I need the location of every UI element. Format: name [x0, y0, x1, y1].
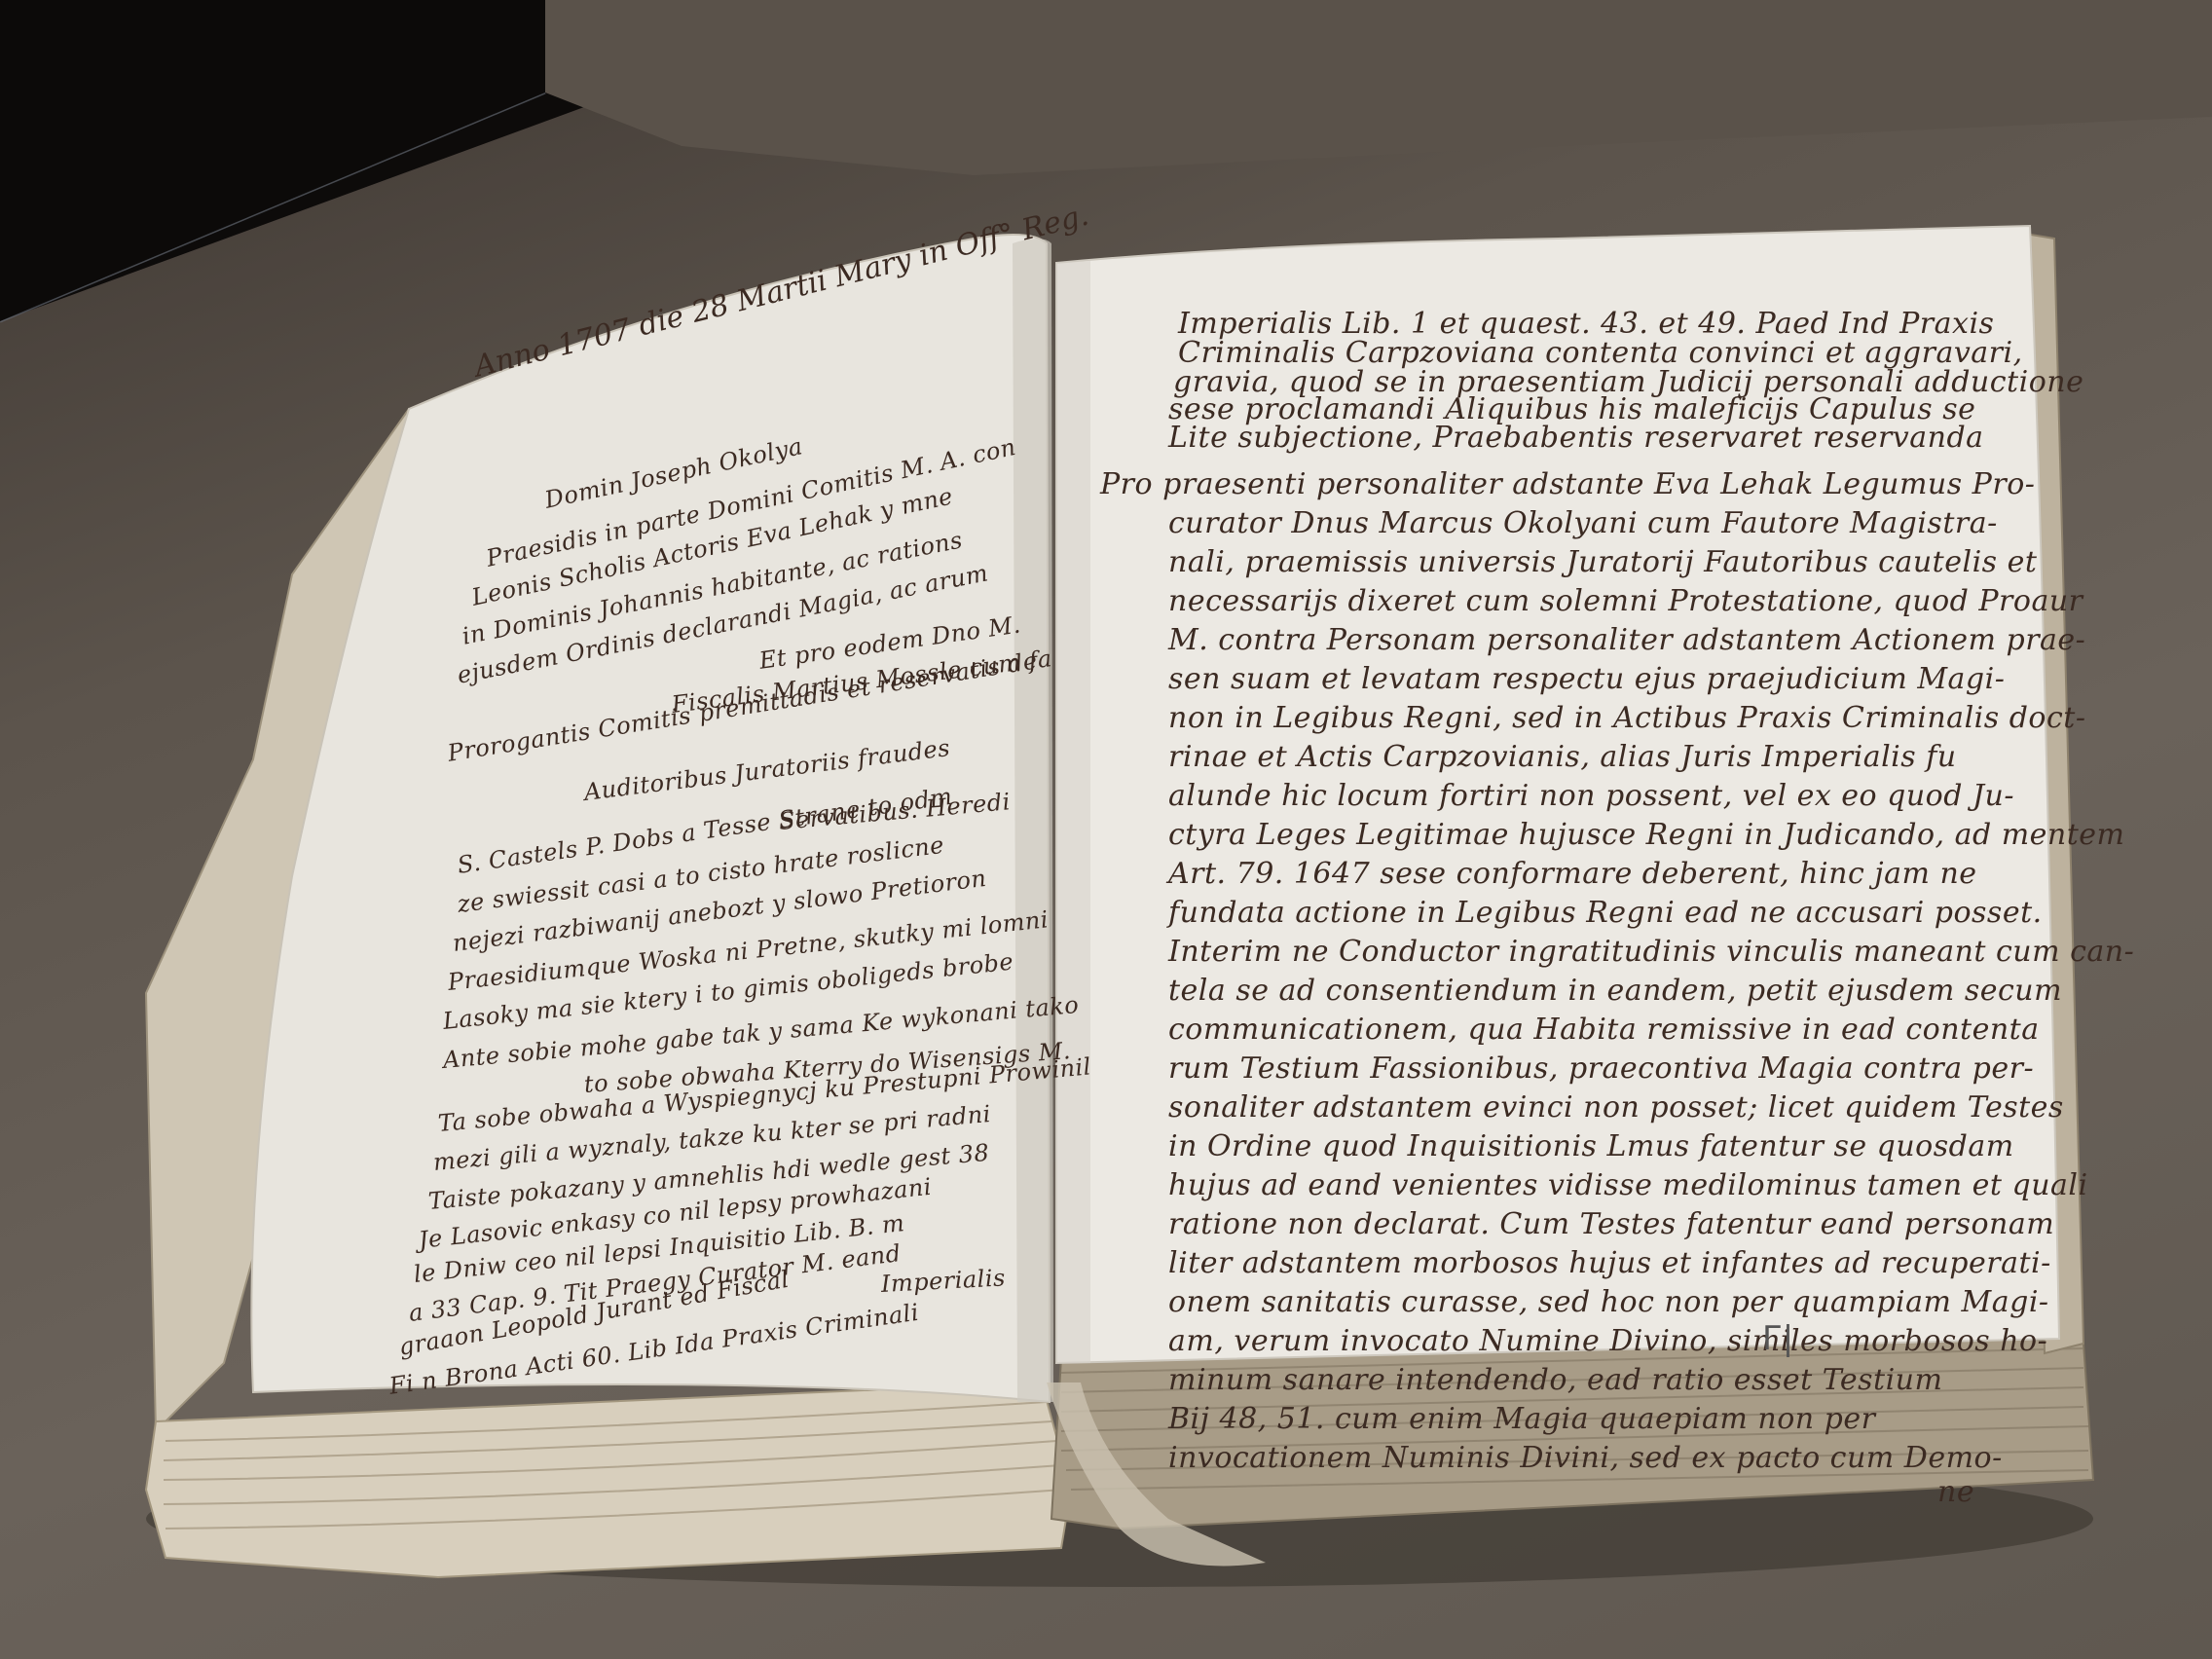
text-line: communicationem, qua Habita remissive in… [1168, 1013, 2040, 1047]
text-line: Pro praesenti personaliter adstante Eva … [1100, 467, 2035, 501]
text-line: liter adstantem morbosos hujus et infant… [1168, 1246, 2051, 1280]
text-line: Art. 79. 1647 sese conformare deberent, … [1168, 857, 1977, 891]
text-line: am, verum invocato Numine Divino, simile… [1168, 1324, 2047, 1358]
text-line: Lite subjectione, Praebabentis reservare… [1168, 421, 1984, 455]
photo-scene: Anno 1707 die 28 Martii Mary in Off° Reg… [0, 0, 2212, 1659]
text-line: sonaliter adstantem evinci non posset; l… [1168, 1090, 2064, 1124]
text-line: necessarijs dixeret cum solemni Protesta… [1168, 584, 2083, 618]
text-line: nali, praemissis universis Juratorij Fau… [1168, 545, 2037, 579]
text-line: Interim ne Conductor ingratitudinis vinc… [1168, 935, 2134, 969]
text-line: tela se ad consentiendum in eandem, peti… [1168, 974, 2062, 1008]
folio-mark: Г| [1762, 1319, 1793, 1358]
text-line: rum Testium Fassionibus, praecontiva Mag… [1168, 1051, 2034, 1086]
text-line: curator Dnus Marcus Okolyani cum Fautore… [1168, 506, 1998, 540]
text-line: Bij 48, 51. cum enim Magia quaepiam non … [1168, 1402, 1875, 1436]
text-line: fundata actione in Legibus Regni ead ne … [1168, 896, 2043, 930]
text-line: ne [1937, 1475, 1974, 1509]
text-line: ctyra Leges Legitimae hujusce Regni in J… [1168, 818, 2124, 852]
text-line: alunde hic locum fortiri non possent, ve… [1168, 779, 2014, 813]
text-line: sen suam et levatam respectu ejus praeju… [1168, 662, 2005, 696]
text-line: ratione non declarat. Cum Testes fatentu… [1168, 1207, 2054, 1241]
text-line: in Ordine quod Inquisitionis Lmus fatent… [1168, 1129, 2014, 1163]
text-line: onem sanitatis curasse, sed hoc non per … [1168, 1285, 2049, 1319]
text-line: rinae et Actis Carpzovianis, alias Juris… [1168, 740, 1957, 774]
text-line: hujus ad eand venientes vidisse medilomi… [1168, 1168, 2088, 1202]
text-line: invocationem Numinis Divini, sed ex pact… [1168, 1441, 2003, 1475]
text-line: M. contra Personam personaliter adstante… [1168, 623, 2085, 657]
text-line: minum sanare intendendo, ead ratio esset… [1168, 1363, 1942, 1397]
text-line: non in Legibus Regni, sed in Actibus Pra… [1168, 701, 2085, 735]
